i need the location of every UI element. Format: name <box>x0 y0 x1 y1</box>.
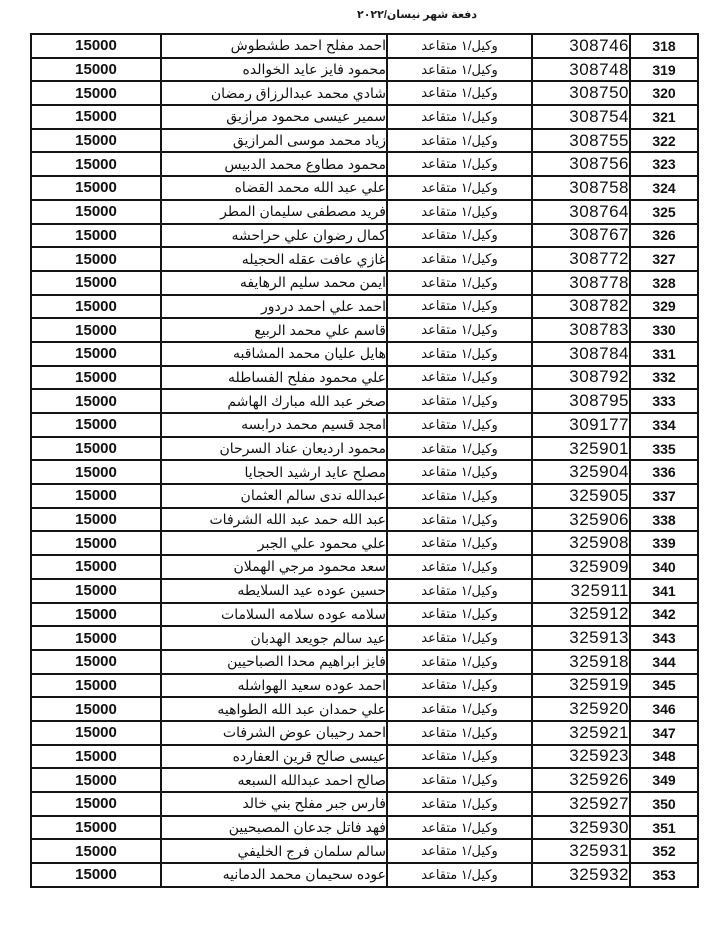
row-number-cell: 324 <box>630 176 698 200</box>
row-number-cell: 340 <box>630 555 698 579</box>
row-number-cell: 352 <box>630 839 698 863</box>
amount-cell: 15000 <box>31 366 161 390</box>
amount-cell: 15000 <box>31 81 161 105</box>
rank-cell: وكيل/١ متقاعد <box>387 318 532 342</box>
row-number-cell: 338 <box>630 508 698 532</box>
name-cell: صالح احمد عبدالله السبعه <box>161 768 387 792</box>
name-cell: سلامه عوده سلامه السلامات <box>161 603 387 627</box>
amount-cell: 15000 <box>31 176 161 200</box>
pension-id-cell: 325923 <box>532 745 630 769</box>
rank-cell: وكيل/١ متقاعد <box>387 674 532 698</box>
rank-cell: وكيل/١ متقاعد <box>387 152 532 176</box>
table-row: 337 325905 وكيل/١ متقاعد عبدالله ندى سال… <box>31 484 698 508</box>
pension-id-cell: 308778 <box>532 271 630 295</box>
pension-id-cell: 308756 <box>532 152 630 176</box>
pension-id-cell: 325927 <box>532 792 630 816</box>
row-number-cell: 337 <box>630 484 698 508</box>
pension-id-cell: 308748 <box>532 58 630 82</box>
name-cell: عيسى صالح قرين العفارده <box>161 745 387 769</box>
row-number-cell: 344 <box>630 650 698 674</box>
rank-cell: وكيل/١ متقاعد <box>387 839 532 863</box>
name-cell: شادي محمد عبدالرزاق رمضان <box>161 81 387 105</box>
name-cell: مصلح عايد ارشيد الحجايا <box>161 460 387 484</box>
rank-cell: وكيل/١ متقاعد <box>387 626 532 650</box>
rank-cell: وكيل/١ متقاعد <box>387 792 532 816</box>
row-number-cell: 353 <box>630 863 698 887</box>
amount-cell: 15000 <box>31 531 161 555</box>
row-number-cell: 332 <box>630 366 698 390</box>
table-row: 332 308792 وكيل/١ متقاعد علي محمود مفلح … <box>31 366 698 390</box>
row-number-cell: 325 <box>630 200 698 224</box>
name-cell: صخر عبد الله مبارك الهاشم <box>161 389 387 413</box>
name-cell: علي محمود مفلح الفساطله <box>161 366 387 390</box>
row-number-cell: 347 <box>630 721 698 745</box>
rank-cell: وكيل/١ متقاعد <box>387 603 532 627</box>
pension-id-cell: 308782 <box>532 295 630 319</box>
pension-id-cell: 325926 <box>532 768 630 792</box>
table-row: 347 325921 وكيل/١ متقاعد احمد رحيبان عوض… <box>31 721 698 745</box>
pension-id-cell: 308754 <box>532 105 630 129</box>
table-row: 321 308754 وكيل/١ متقاعد سمير عيسى محمود… <box>31 105 698 129</box>
rank-cell: وكيل/١ متقاعد <box>387 768 532 792</box>
name-cell: علي عبد الله محمد القضاه <box>161 176 387 200</box>
row-number-cell: 350 <box>630 792 698 816</box>
name-cell: سعد محمود مرجي الهملان <box>161 555 387 579</box>
table-row: 346 325920 وكيل/١ متقاعد علي حمدان عبد ا… <box>31 697 698 721</box>
name-cell: زياد محمد موسى المرازيق <box>161 129 387 153</box>
table-row: 325 308764 وكيل/١ متقاعد فريد مصطفى سليم… <box>31 200 698 224</box>
name-cell: فايز ابراهيم محدا الصباحيين <box>161 650 387 674</box>
rank-cell: وكيل/١ متقاعد <box>387 484 532 508</box>
pension-table-body: 318 308746 وكيل/١ متقاعد احمد مفلح احمد … <box>31 34 698 887</box>
amount-cell: 15000 <box>31 839 161 863</box>
row-number-cell: 326 <box>630 224 698 248</box>
name-cell: علي محمود علي الجبر <box>161 531 387 555</box>
amount-cell: 15000 <box>31 555 161 579</box>
rank-cell: وكيل/١ متقاعد <box>387 295 532 319</box>
table-row: 348 325923 وكيل/١ متقاعد عيسى صالح قرين … <box>31 745 698 769</box>
amount-cell: 15000 <box>31 792 161 816</box>
amount-cell: 15000 <box>31 295 161 319</box>
name-cell: امجد قسيم محمد درابسه <box>161 413 387 437</box>
row-number-cell: 343 <box>630 626 698 650</box>
pension-id-cell: 325913 <box>532 626 630 650</box>
amount-cell: 15000 <box>31 508 161 532</box>
rank-cell: وكيل/١ متقاعد <box>387 247 532 271</box>
amount-cell: 15000 <box>31 413 161 437</box>
pension-id-cell: 325909 <box>532 555 630 579</box>
table-row: 349 325926 وكيل/١ متقاعد صالح احمد عبدال… <box>31 768 698 792</box>
pension-id-cell: 308767 <box>532 224 630 248</box>
row-number-cell: 346 <box>630 697 698 721</box>
rank-cell: وكيل/١ متقاعد <box>387 816 532 840</box>
row-number-cell: 319 <box>630 58 698 82</box>
rank-cell: وكيل/١ متقاعد <box>387 721 532 745</box>
pension-id-cell: 308750 <box>532 81 630 105</box>
pension-id-cell: 309177 <box>532 413 630 437</box>
name-cell: سالم سلمان فرج الخليفي <box>161 839 387 863</box>
name-cell: سمير عيسى محمود مرازيق <box>161 105 387 129</box>
row-number-cell: 336 <box>630 460 698 484</box>
name-cell: هايل عليان محمد المشاقبه <box>161 342 387 366</box>
rank-cell: وكيل/١ متقاعد <box>387 579 532 603</box>
rank-cell: وكيل/١ متقاعد <box>387 531 532 555</box>
pension-id-cell: 325930 <box>532 816 630 840</box>
table-row: 320 308750 وكيل/١ متقاعد شادي محمد عبدال… <box>31 81 698 105</box>
pension-id-cell: 325920 <box>532 697 630 721</box>
amount-cell: 15000 <box>31 105 161 129</box>
rank-cell: وكيل/١ متقاعد <box>387 745 532 769</box>
table-row: 352 325931 وكيل/١ متقاعد سالم سلمان فرج … <box>31 839 698 863</box>
amount-cell: 15000 <box>31 816 161 840</box>
row-number-cell: 339 <box>630 531 698 555</box>
amount-cell: 15000 <box>31 674 161 698</box>
pension-id-cell: 325912 <box>532 603 630 627</box>
table-row: 341 325911 وكيل/١ متقاعد حسين عوده عيد ا… <box>31 579 698 603</box>
row-number-cell: 335 <box>630 437 698 461</box>
row-number-cell: 333 <box>630 389 698 413</box>
table-row: 318 308746 وكيل/١ متقاعد احمد مفلح احمد … <box>31 34 698 58</box>
row-number-cell: 331 <box>630 342 698 366</box>
pension-id-cell: 308764 <box>532 200 630 224</box>
amount-cell: 15000 <box>31 437 161 461</box>
rank-cell: وكيل/١ متقاعد <box>387 555 532 579</box>
amount-cell: 15000 <box>31 342 161 366</box>
name-cell: احمد علي احمد دردور <box>161 295 387 319</box>
row-number-cell: 320 <box>630 81 698 105</box>
table-row: 344 325918 وكيل/١ متقاعد فايز ابراهيم مح… <box>31 650 698 674</box>
table-row: 343 325913 وكيل/١ متقاعد عيد سالم جويعد … <box>31 626 698 650</box>
rank-cell: وكيل/١ متقاعد <box>387 224 532 248</box>
table-row: 339 325908 وكيل/١ متقاعد علي محمود علي ا… <box>31 531 698 555</box>
pension-id-cell: 325931 <box>532 839 630 863</box>
name-cell: عيد سالم جويعد الهدبان <box>161 626 387 650</box>
amount-cell: 15000 <box>31 34 161 58</box>
pension-id-cell: 308755 <box>532 129 630 153</box>
rank-cell: وكيل/١ متقاعد <box>387 200 532 224</box>
pension-id-cell: 308795 <box>532 389 630 413</box>
rank-cell: وكيل/١ متقاعد <box>387 650 532 674</box>
rank-cell: وكيل/١ متقاعد <box>387 366 532 390</box>
rank-cell: وكيل/١ متقاعد <box>387 34 532 58</box>
pension-id-cell: 308783 <box>532 318 630 342</box>
row-number-cell: 327 <box>630 247 698 271</box>
table-row: 342 325912 وكيل/١ متقاعد سلامه عوده سلام… <box>31 603 698 627</box>
table-row: 338 325906 وكيل/١ متقاعد عبد الله حمد عب… <box>31 508 698 532</box>
amount-cell: 15000 <box>31 271 161 295</box>
pension-table: 318 308746 وكيل/١ متقاعد احمد مفلح احمد … <box>30 33 699 888</box>
pension-id-cell: 325906 <box>532 508 630 532</box>
pension-id-cell: 308784 <box>532 342 630 366</box>
pension-id-cell: 325901 <box>532 437 630 461</box>
table-row: 323 308756 وكيل/١ متقاعد محمود مطاوع محم… <box>31 152 698 176</box>
row-number-cell: 351 <box>630 816 698 840</box>
amount-cell: 15000 <box>31 745 161 769</box>
table-row: 353 325932 وكيل/١ متقاعد عوده سحيمان محم… <box>31 863 698 887</box>
rank-cell: وكيل/١ متقاعد <box>387 697 532 721</box>
amount-cell: 15000 <box>31 721 161 745</box>
pension-id-cell: 325932 <box>532 863 630 887</box>
pension-id-cell: 325918 <box>532 650 630 674</box>
table-row: 328 308778 وكيل/١ متقاعد ايمن محمد سليم … <box>31 271 698 295</box>
amount-cell: 15000 <box>31 224 161 248</box>
amount-cell: 15000 <box>31 768 161 792</box>
amount-cell: 15000 <box>31 129 161 153</box>
rank-cell: وكيل/١ متقاعد <box>387 508 532 532</box>
name-cell: حسين عوده عيد السلايطه <box>161 579 387 603</box>
name-cell: فريد مصطفى سليمان المطر <box>161 200 387 224</box>
name-cell: علي حمدان عبد الله الطواهيه <box>161 697 387 721</box>
rank-cell: وكيل/١ متقاعد <box>387 863 532 887</box>
table-row: 340 325909 وكيل/١ متقاعد سعد محمود مرجي … <box>31 555 698 579</box>
row-number-cell: 342 <box>630 603 698 627</box>
row-number-cell: 341 <box>630 579 698 603</box>
rank-cell: وكيل/١ متقاعد <box>387 342 532 366</box>
amount-cell: 15000 <box>31 318 161 342</box>
rank-cell: وكيل/١ متقاعد <box>387 81 532 105</box>
pension-id-cell: 308792 <box>532 366 630 390</box>
amount-cell: 15000 <box>31 247 161 271</box>
rank-cell: وكيل/١ متقاعد <box>387 389 532 413</box>
rank-cell: وكيل/١ متقاعد <box>387 105 532 129</box>
table-row: 351 325930 وكيل/١ متقاعد فهد فاتل جدعان … <box>31 816 698 840</box>
table-row: 324 308758 وكيل/١ متقاعد علي عبد الله مح… <box>31 176 698 200</box>
name-cell: كمال رضوان علي حراحشه <box>161 224 387 248</box>
name-cell: محمود ارديعان عناد السرحان <box>161 437 387 461</box>
name-cell: محمود فايز عايد الخوالده <box>161 58 387 82</box>
name-cell: قاسم علي محمد الربيع <box>161 318 387 342</box>
rank-cell: وكيل/١ متقاعد <box>387 58 532 82</box>
row-number-cell: 318 <box>630 34 698 58</box>
row-number-cell: 345 <box>630 674 698 698</box>
pension-id-cell: 308758 <box>532 176 630 200</box>
pension-id-cell: 325908 <box>532 531 630 555</box>
name-cell: عبدالله ندى سالم العثمان <box>161 484 387 508</box>
rank-cell: وكيل/١ متقاعد <box>387 413 532 437</box>
name-cell: عوده سحيمان محمد الدمانيه <box>161 863 387 887</box>
row-number-cell: 349 <box>630 768 698 792</box>
row-number-cell: 322 <box>630 129 698 153</box>
pension-id-cell: 308772 <box>532 247 630 271</box>
rank-cell: وكيل/١ متقاعد <box>387 437 532 461</box>
amount-cell: 15000 <box>31 389 161 413</box>
pension-id-cell: 325905 <box>532 484 630 508</box>
table-row: 335 325901 وكيل/١ متقاعد محمود ارديعان ع… <box>31 437 698 461</box>
table-row: 336 325904 وكيل/١ متقاعد مصلح عايد ارشيد… <box>31 460 698 484</box>
row-number-cell: 330 <box>630 318 698 342</box>
amount-cell: 15000 <box>31 863 161 887</box>
name-cell: غازي عافت عقله الحجيله <box>161 247 387 271</box>
row-number-cell: 334 <box>630 413 698 437</box>
name-cell: احمد رحيبان عوض الشرفات <box>161 721 387 745</box>
pension-id-cell: 325904 <box>532 460 630 484</box>
rank-cell: وكيل/١ متقاعد <box>387 176 532 200</box>
page-title: دفعة شهر نيسان/٢٠٢٢ <box>57 8 720 21</box>
row-number-cell: 321 <box>630 105 698 129</box>
table-row: 326 308767 وكيل/١ متقاعد كمال رضوان علي … <box>31 224 698 248</box>
row-number-cell: 328 <box>630 271 698 295</box>
document-page: { "page": { "title": "دفعة شهر نيسان/٢٠٢… <box>0 0 720 951</box>
rank-cell: وكيل/١ متقاعد <box>387 460 532 484</box>
table-row: 329 308782 وكيل/١ متقاعد احمد علي احمد د… <box>31 295 698 319</box>
amount-cell: 15000 <box>31 626 161 650</box>
pension-id-cell: 325911 <box>532 579 630 603</box>
name-cell: عبد الله حمد عبد الله الشرفات <box>161 508 387 532</box>
row-number-cell: 323 <box>630 152 698 176</box>
amount-cell: 15000 <box>31 603 161 627</box>
pension-id-cell: 308746 <box>532 34 630 58</box>
name-cell: ايمن محمد سليم الرهايفه <box>161 271 387 295</box>
row-number-cell: 329 <box>630 295 698 319</box>
amount-cell: 15000 <box>31 58 161 82</box>
pension-id-cell: 325921 <box>532 721 630 745</box>
table-row: 330 308783 وكيل/١ متقاعد قاسم علي محمد ا… <box>31 318 698 342</box>
table-row: 350 325927 وكيل/١ متقاعد فارس جبر مفلح ب… <box>31 792 698 816</box>
table-row: 333 308795 وكيل/١ متقاعد صخر عبد الله مب… <box>31 389 698 413</box>
row-number-cell: 348 <box>630 745 698 769</box>
name-cell: احمد مفلح احمد طشطوش <box>161 34 387 58</box>
amount-cell: 15000 <box>31 650 161 674</box>
amount-cell: 15000 <box>31 460 161 484</box>
table-row: 327 308772 وكيل/١ متقاعد غازي عافت عقله … <box>31 247 698 271</box>
table-row: 345 325919 وكيل/١ متقاعد احمد عوده سعيد … <box>31 674 698 698</box>
table-row: 331 308784 وكيل/١ متقاعد هايل عليان محمد… <box>31 342 698 366</box>
amount-cell: 15000 <box>31 484 161 508</box>
name-cell: فارس جبر مفلح بني خالد <box>161 792 387 816</box>
amount-cell: 15000 <box>31 579 161 603</box>
name-cell: احمد عوده سعيد الهواشله <box>161 674 387 698</box>
rank-cell: وكيل/١ متقاعد <box>387 271 532 295</box>
name-cell: محمود مطاوع محمد الدبيس <box>161 152 387 176</box>
table-row: 319 308748 وكيل/١ متقاعد محمود فايز عايد… <box>31 58 698 82</box>
amount-cell: 15000 <box>31 152 161 176</box>
table-row: 334 309177 وكيل/١ متقاعد امجد قسيم محمد … <box>31 413 698 437</box>
pension-id-cell: 325919 <box>532 674 630 698</box>
amount-cell: 15000 <box>31 200 161 224</box>
rank-cell: وكيل/١ متقاعد <box>387 129 532 153</box>
amount-cell: 15000 <box>31 697 161 721</box>
name-cell: فهد فاتل جدعان المصبحيين <box>161 816 387 840</box>
table-row: 322 308755 وكيل/١ متقاعد زياد محمد موسى … <box>31 129 698 153</box>
